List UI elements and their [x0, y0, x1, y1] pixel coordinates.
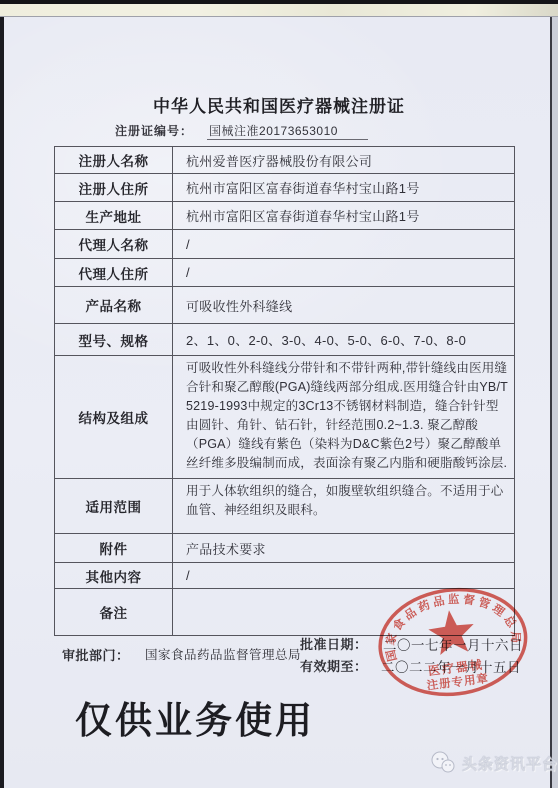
row-label: 适用范围	[55, 479, 172, 533]
row-label: 产品名称	[55, 287, 172, 323]
row-label: 生产地址	[55, 202, 172, 229]
registration-number-value: 国械注准20173653010	[207, 124, 368, 140]
row-label: 代理人名称	[55, 230, 172, 258]
row-value: 2、1、0、2-0、3-0、4-0、5-0、6-0、7-0、8-0	[172, 324, 514, 355]
platform-watermark-text: 头条资讯平台	[462, 753, 558, 774]
row-value: 杭州市富阳区富春街道春华村宝山路1号	[172, 202, 514, 229]
row-value: 用于人体软组织的缝合，如腹壁软组织缝合。不适用于心血管、神经组织及眼科。	[172, 479, 514, 533]
row-label: 附件	[55, 534, 172, 562]
table-row-registrant-address: 注册人住所 杭州市富阳区富春街道春华村宝山路1号	[55, 174, 514, 202]
table-row-model-spec: 型号、规格 2、1、0、2-0、3-0、4-0、5-0、6-0、7-0、8-0	[55, 324, 514, 356]
row-value: /	[172, 259, 514, 286]
approval-dept-value: 国家食品药品监督管理总局	[145, 645, 301, 663]
row-label: 代理人住所	[55, 259, 172, 286]
table-row-agent-name: 代理人名称 /	[55, 230, 514, 259]
stamp-star-icon	[426, 607, 477, 656]
table-row-production-address: 生产地址 杭州市富阳区富春街道春华村宝山路1号	[55, 202, 514, 230]
certificate-table: 注册人名称 杭州爱普医疗器械股份有限公司 注册人住所 杭州市富阳区富春街道春华村…	[54, 146, 515, 636]
registration-number-label: 注册证编号：	[115, 124, 193, 138]
row-value: 产品技术要求	[172, 534, 514, 562]
certificate-title: 中华人民共和国医疗器械注册证	[0, 92, 558, 117]
scanned-certificate-photo: 中华人民共和国医疗器械注册证 注册证编号：国械注准20173653010 注册人…	[0, 0, 558, 788]
table-row-intended-use: 适用范围 用于人体软组织的缝合，如腹壁软组织缝合。不适用于心血管、神经组织及眼科…	[55, 479, 514, 534]
official-red-stamp: 国家食品药品监督管理总局 医疗器械 注册专用章	[363, 572, 543, 713]
approval-date-label: 批准日期：	[300, 634, 368, 653]
table-row-agent-address: 代理人住所 /	[55, 259, 514, 287]
row-label: 型号、规格	[55, 324, 172, 355]
photo-left-edge	[0, 17, 4, 788]
row-label: 其他内容	[55, 563, 172, 588]
row-value: 杭州市富阳区富春街道春华村宝山路1号	[172, 174, 514, 201]
table-row-registrant-name: 注册人名称 杭州爱普医疗器械股份有限公司	[55, 147, 514, 174]
row-label: 注册人名称	[55, 147, 172, 173]
table-row-structure-composition: 结构及组成 可吸收性外科缝线分带针和不带针两种,带针缝线由医用缝合针和聚乙醇酸(…	[55, 356, 514, 479]
row-label: 备注	[55, 589, 172, 635]
photo-cream-strip	[0, 4, 558, 16]
valid-until-label: 有效期至：	[300, 656, 368, 675]
table-row-attachment: 附件 产品技术要求	[55, 534, 514, 563]
chat-bubbles-icon	[430, 750, 456, 776]
platform-watermark: 头条资讯平台	[430, 750, 558, 776]
photo-right-edge-strip	[552, 17, 558, 788]
table-row-product-name: 产品名称 可吸收性外科缝线	[55, 287, 514, 324]
registration-number-line: 注册证编号：国械注准20173653010	[115, 122, 368, 139]
row-value: 杭州爱普医疗器械股份有限公司	[172, 147, 514, 173]
approval-dept-label: 审批部门：	[62, 645, 130, 664]
business-use-only-watermark: 仅供业务使用	[75, 690, 315, 744]
row-label: 注册人住所	[55, 174, 172, 201]
row-value: 可吸收性外科缝线分带针和不带针两种,带针缝线由医用缝合针和聚乙醇酸(PGA)缝线…	[172, 356, 514, 478]
row-value: 可吸收性外科缝线	[172, 287, 514, 323]
row-value: /	[172, 230, 514, 258]
row-label: 结构及组成	[55, 356, 172, 478]
